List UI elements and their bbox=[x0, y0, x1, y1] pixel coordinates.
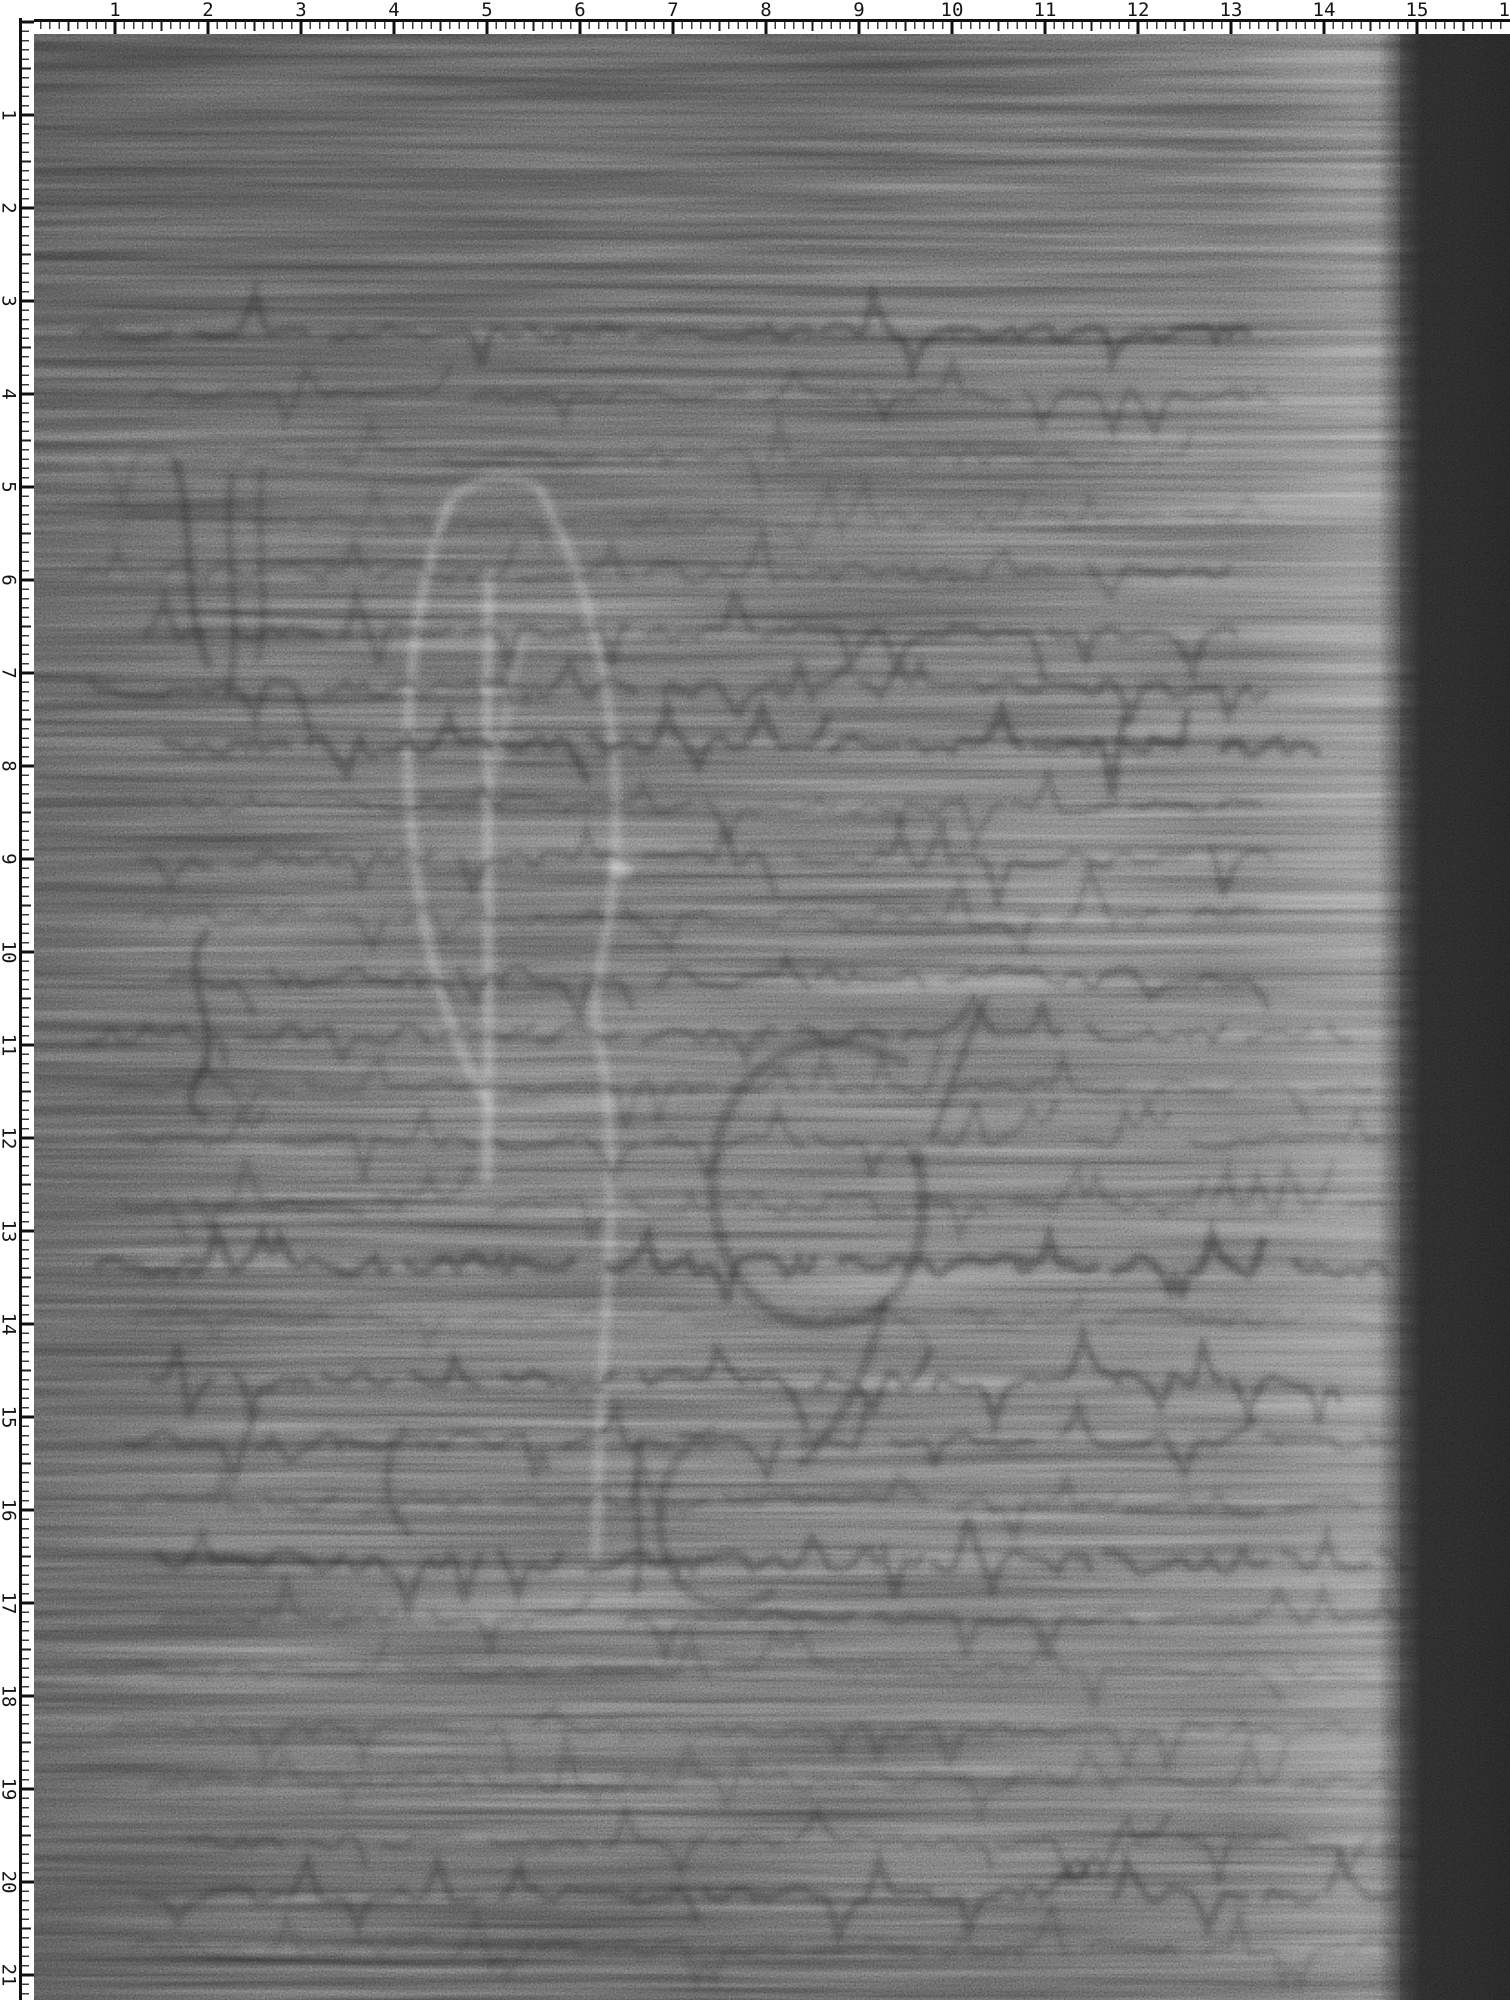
top-ruler-label: 11 bbox=[1034, 0, 1057, 21]
top-ruler-label: 3 bbox=[295, 0, 306, 21]
top-ruler-label: 12 bbox=[1127, 0, 1150, 21]
top-ruler-label: 2 bbox=[202, 0, 213, 21]
left-ruler-label: 9 bbox=[0, 853, 19, 864]
left-ruler-label: 14 bbox=[0, 1313, 19, 1336]
left-ruler-label: 19 bbox=[0, 1778, 19, 1801]
left-ruler-label: 16 bbox=[0, 1499, 19, 1522]
left-ruler-label: 13 bbox=[0, 1220, 19, 1243]
left-ruler-label: 2 bbox=[0, 202, 19, 213]
left-ruler-label: 11 bbox=[0, 1034, 19, 1057]
top-ruler-label: 6 bbox=[574, 0, 585, 21]
left-ruler-label: 17 bbox=[0, 1592, 19, 1615]
top-ruler-label: 13 bbox=[1220, 0, 1243, 21]
left-ruler-label: 4 bbox=[0, 388, 19, 399]
left-ruler-labels: 123456789101112131415161718192021 bbox=[0, 109, 19, 1986]
left-ruler-label: 21 bbox=[0, 1964, 19, 1987]
top-ruler-label: 10 bbox=[941, 0, 964, 21]
left-ruler-label: 12 bbox=[0, 1127, 19, 1150]
left-ruler-label: 7 bbox=[0, 667, 19, 678]
left-ruler-label: 20 bbox=[0, 1871, 19, 1894]
top-ruler-label: 7 bbox=[667, 0, 678, 21]
top-ruler-label: 15 bbox=[1406, 0, 1429, 21]
left-ruler-label: 6 bbox=[0, 574, 19, 585]
left-ruler-label: 15 bbox=[0, 1406, 19, 1429]
left-ruler: 123456789101112131415161718192021 bbox=[0, 0, 34, 2000]
top-ruler: 012345678910111213141516 bbox=[0, 0, 1510, 34]
left-ruler-label: 3 bbox=[0, 295, 19, 306]
left-ruler-label: 10 bbox=[0, 941, 19, 964]
top-ruler-label: 14 bbox=[1313, 0, 1336, 21]
left-ruler-label: 18 bbox=[0, 1685, 19, 1708]
manuscript-radiograph-scan: 012345678910111213141516 123456789101112… bbox=[0, 0, 1510, 2000]
top-ruler-label: 9 bbox=[853, 0, 864, 21]
top-ruler-label: 5 bbox=[481, 0, 492, 21]
left-ruler-label: 1 bbox=[0, 109, 19, 120]
top-ruler-label: 4 bbox=[388, 0, 399, 21]
manuscript-paper bbox=[33, 33, 1510, 2000]
left-ruler-label: 5 bbox=[0, 481, 19, 492]
top-ruler-label: 16 bbox=[1499, 0, 1510, 21]
top-ruler-label: 8 bbox=[760, 0, 771, 21]
film-grain bbox=[33, 33, 1510, 2000]
top-ruler-label: 1 bbox=[109, 0, 120, 21]
left-ruler-label: 8 bbox=[0, 760, 19, 771]
